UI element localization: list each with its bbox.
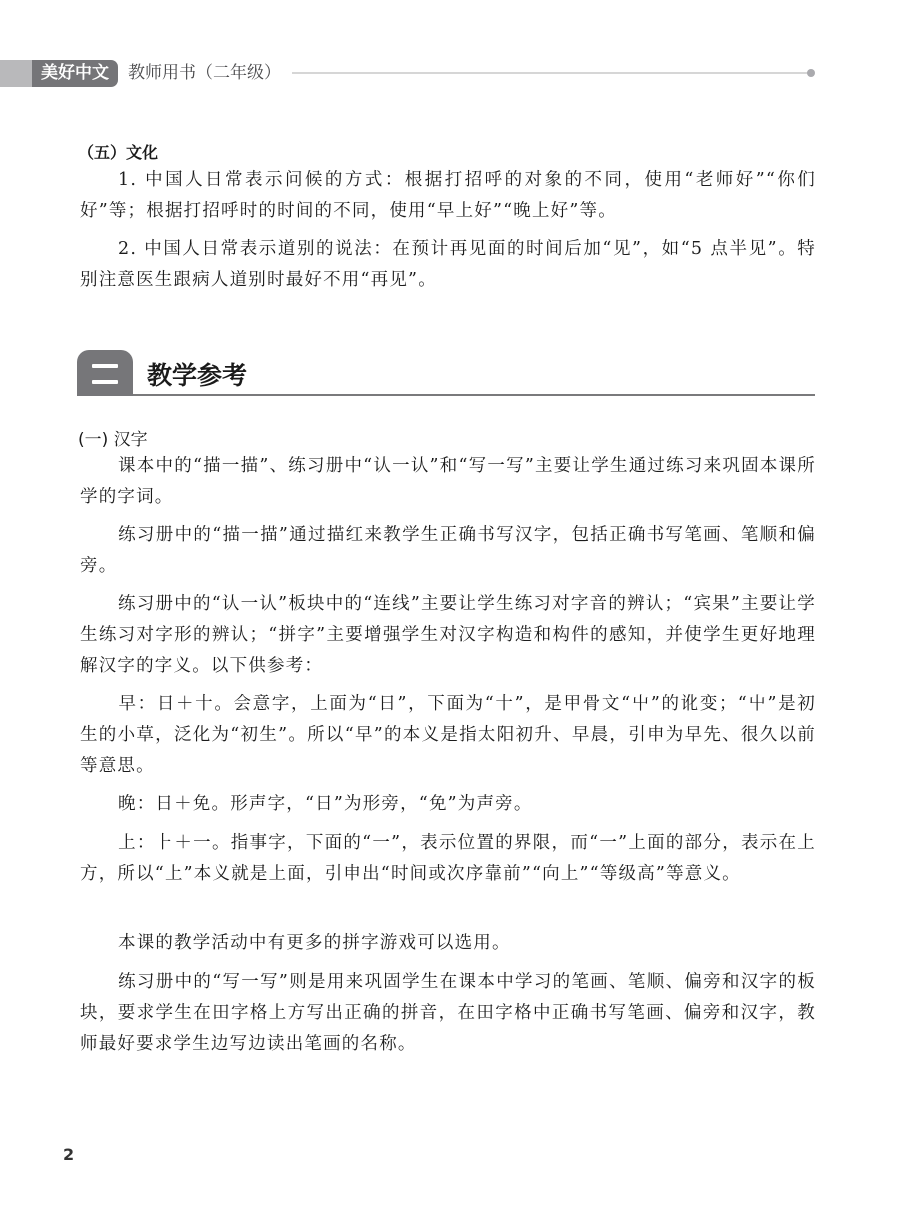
hanzi-paragraph-shang: 上：⺊＋一。指事字，下面的“一”，表示位置的界限，而“一”上面的部分，表示在上方… bbox=[80, 828, 816, 890]
section-number-badge bbox=[77, 350, 133, 396]
section-header: 教学参考 bbox=[77, 350, 815, 396]
header-accent-block bbox=[0, 60, 32, 87]
hanzi-paragraph-3: 练习册中的“认一认”板块中的“连线”主要让学生练习对字音的辨认；“宾果”主要让学… bbox=[80, 589, 816, 682]
hanzi-heading: (一) 汉字 bbox=[78, 425, 148, 450]
series-badge: 美好中文 bbox=[32, 60, 118, 87]
hanzi-paragraph-games: 本课的教学活动中有更多的拼字游戏可以选用。 bbox=[80, 928, 816, 959]
culture-paragraph-2: 2. 中国人日常表示道别的说法：在预计再见面的时间后加“见”，如“5 点半见”。… bbox=[80, 234, 816, 296]
section-underline bbox=[133, 394, 815, 396]
hanzi-paragraph-1: 课本中的“描一描”、练习册中“认一认”和“写一写”主要让学生通过练习来巩固本课所… bbox=[80, 451, 816, 513]
page-number: 2 bbox=[63, 1145, 74, 1164]
culture-paragraph-1: 1. 中国人日常表示问候的方式：根据打招呼的对象的不同，使用“老师好”“你们好”… bbox=[80, 165, 816, 227]
hanzi-paragraph-2: 练习册中的“描一描”通过描红来教学生正确书写汉字，包括正确书写笔画、笔顺和偏旁。 bbox=[80, 520, 816, 582]
numeral-stroke-bottom bbox=[92, 380, 118, 384]
hanzi-paragraph-zao: 早：日＋十。会意字，上面为“日”，下面为“十”，是甲骨文“屮”的讹变；“屮”是初… bbox=[80, 689, 816, 782]
hanzi-paragraph-writing: 练习册中的“写一写”则是用来巩固学生在课本中学习的笔画、笔顺、偏旁和汉字的板块，… bbox=[80, 967, 816, 1060]
header-dot-icon bbox=[807, 69, 815, 77]
book-title: 教师用书（二年级） bbox=[128, 60, 281, 87]
numeral-stroke-top bbox=[92, 364, 118, 368]
running-header: 美好中文 教师用书（二年级） bbox=[0, 60, 900, 87]
culture-heading: （五）文化 bbox=[78, 140, 158, 163]
section-title: 教学参考 bbox=[147, 356, 247, 392]
header-divider bbox=[292, 72, 808, 74]
hanzi-paragraph-wan: 晚：日＋免。形声字，“日”为形旁，“免”为声旁。 bbox=[80, 789, 816, 820]
